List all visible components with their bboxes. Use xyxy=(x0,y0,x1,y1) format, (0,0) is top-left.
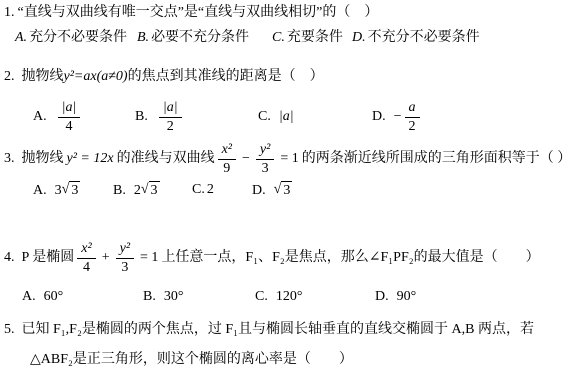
question-stem-text: 上任意一点，F₁、F₂是焦点，那么∠F₁PF₂的最大值是（ ） xyxy=(161,249,539,267)
question-stem-text: 的焦点到其准线的距离是（ ） xyxy=(128,68,324,86)
option-label: A. xyxy=(33,182,47,200)
question-stem-text: 已知 F₁,F₂是椭圆的两个焦点，过 F₁且与椭圆长轴垂直的直线交椭圆于 A,B… xyxy=(22,322,534,337)
fraction-denominator: 2 xyxy=(159,118,182,136)
sqrt-radicand: 3 xyxy=(281,181,292,200)
coefficient: 2 xyxy=(134,182,141,200)
q1-option-d: D. 不充分不必要条件 xyxy=(352,29,480,47)
option-text: 60° xyxy=(44,288,64,306)
question-number: 4. xyxy=(4,249,15,267)
question-stem-text: △ABF₂是正三角形，则这个椭圆的离心率是（ ） xyxy=(30,352,353,367)
q2-option-c: C. |a| xyxy=(258,97,294,137)
question-number: 2. xyxy=(4,68,15,86)
fraction-denominator: 2 xyxy=(405,118,420,136)
q3-option-a: A. 3 √3 xyxy=(33,181,80,200)
question-stem-text: P 是椭圆 xyxy=(22,249,75,267)
fraction-denominator: 4 xyxy=(77,259,95,277)
fraction-numerator: y² xyxy=(256,141,274,160)
option-label: A. xyxy=(15,29,27,47)
fraction-denominator: 3 xyxy=(116,259,134,277)
question-number: 5. xyxy=(4,322,15,337)
fraction-numerator: a xyxy=(405,99,420,118)
sqrt-sign: √ xyxy=(62,181,70,199)
minus-sign: − xyxy=(242,150,250,168)
sqrt-radical: √3 xyxy=(141,181,160,200)
fraction: y²3 xyxy=(256,141,274,177)
exam-document: 1.“直线与双曲线有唯一交点”是“直线与双曲线相切”的（ ） A. 充分不必要条… xyxy=(0,0,567,380)
option-text: 90° xyxy=(397,288,417,306)
q2-option-a: A. |a|4 xyxy=(33,97,83,137)
question-number: 3. xyxy=(4,150,15,168)
fraction-denominator: 3 xyxy=(256,160,274,178)
question-1-stem: 1.“直线与双曲线有唯一交点”是“直线与双曲线相切”的（ ） xyxy=(4,4,378,22)
fraction-numerator: |a| xyxy=(58,99,81,118)
fraction-numerator: x² xyxy=(77,240,95,259)
option-label: C. xyxy=(192,181,205,199)
fraction: y²3 xyxy=(116,240,134,276)
option-text: 必要不充分条件 xyxy=(151,29,249,47)
fraction-numerator: x² xyxy=(218,141,236,160)
option-label: B. xyxy=(113,182,126,200)
math-expression: y²=ax xyxy=(64,68,97,86)
fraction-denominator: 4 xyxy=(58,118,81,136)
fraction: |a|2 xyxy=(159,99,182,135)
sqrt-radical: √3 xyxy=(274,181,293,200)
q2-option-d: D. − a2 xyxy=(372,97,423,137)
question-4-stem: 4. P 是椭圆 x²4 + y²3 = 1 上任意一点，F₁、F₂是焦点，那么… xyxy=(4,236,540,280)
fraction-numerator: y² xyxy=(116,240,134,259)
q3-option-d: D. √3 xyxy=(252,181,292,200)
option-text: 充分不必要条件 xyxy=(29,29,127,47)
question-stem-text: 的两条渐近线所围成的三角形面积等于（ ） xyxy=(302,150,567,168)
option-label: C. xyxy=(258,108,271,126)
option-label: B. xyxy=(143,288,156,306)
sqrt-radicand: 3 xyxy=(149,181,160,200)
q2-option-b: B. |a|2 xyxy=(135,97,185,137)
fraction-denominator: 9 xyxy=(218,160,236,178)
plus-sign: + xyxy=(102,249,110,267)
question-stem-text: 抛物线 xyxy=(22,150,64,168)
option-label: C. xyxy=(272,29,285,47)
option-text: 2 xyxy=(207,181,214,199)
sqrt-sign: √ xyxy=(141,181,149,199)
option-text: 120° xyxy=(276,288,303,306)
option-label: C. xyxy=(255,288,268,306)
sqrt-radical: √3 xyxy=(62,181,81,200)
math-expression: y² = 12x xyxy=(67,150,114,168)
option-label: B. xyxy=(137,29,149,47)
coefficient: 3 xyxy=(55,182,62,200)
math-expression: (a≠0) xyxy=(97,68,128,86)
question-1-options: A. 充分不必要条件 B. 必要不充分条件 C. 充要条件 D. 不充分不必要条… xyxy=(0,29,567,49)
minus-sign: − xyxy=(394,108,402,126)
fraction: x²4 xyxy=(77,240,95,276)
sqrt-radicand: 3 xyxy=(69,181,80,200)
question-stem-text: “直线与双曲线有唯一交点”是“直线与双曲线相切”的（ ） xyxy=(18,5,379,20)
option-text: 充要条件 xyxy=(287,29,343,47)
fraction: x²9 xyxy=(218,141,236,177)
q4-option-b: B. 30° xyxy=(143,288,183,306)
q3-option-c: C. 2 xyxy=(192,181,214,199)
q1-option-b: B. 必要不充分条件 xyxy=(137,29,249,47)
sqrt-sign: √ xyxy=(274,181,282,199)
question-5-stem-line2: △ABF₂是正三角形，则这个椭圆的离心率是（ ） xyxy=(30,351,353,369)
q4-option-a: A. 60° xyxy=(22,288,63,306)
q3-option-b: B. 2 √3 xyxy=(113,181,160,200)
q1-option-c: C. 充要条件 xyxy=(272,29,343,47)
question-stem-text: 的准线与双曲线 xyxy=(117,150,215,168)
option-label: B. xyxy=(135,108,148,126)
q1-option-a: A. 充分不必要条件 xyxy=(15,29,127,47)
option-label: D. xyxy=(375,288,389,306)
question-stem-text: 抛物线 xyxy=(22,68,64,86)
question-4-options: A. 60° B. 30° C. 120° D. 90° xyxy=(0,288,567,308)
fraction-numerator: |a| xyxy=(159,99,182,118)
q4-option-d: D. 90° xyxy=(375,288,416,306)
question-2-stem: 2. 抛物线 y²=ax (a≠0) 的焦点到其准线的距离是（ ） xyxy=(4,68,324,86)
question-5-stem-line1: 5.已知 F₁,F₂是椭圆的两个焦点，过 F₁且与椭圆长轴垂直的直线交椭圆于 A… xyxy=(4,321,534,339)
question-3-options: A. 3 √3 B. 2 √3 C. 2 D. √3 xyxy=(0,181,567,205)
fraction: |a|4 xyxy=(58,99,81,135)
option-label: D. xyxy=(372,108,386,126)
option-text: 不充分不必要条件 xyxy=(368,29,480,47)
question-2-options: A. |a|4 B. |a|2 C. |a| D. − a2 xyxy=(0,97,567,137)
math-expression: = 1 xyxy=(280,150,298,168)
option-label: D. xyxy=(252,182,266,200)
option-label: A. xyxy=(33,108,47,126)
question-3-stem: 3. 抛物线 y² = 12x 的准线与双曲线 x²9 − y²3 = 1 的两… xyxy=(4,138,567,180)
question-number: 1. xyxy=(4,5,15,20)
math-expression: = 1 xyxy=(140,249,158,267)
option-text: 30° xyxy=(164,288,184,306)
option-label: D. xyxy=(352,29,366,47)
fraction: a2 xyxy=(405,99,420,135)
q4-option-c: C. 120° xyxy=(255,288,302,306)
option-label: A. xyxy=(22,288,36,306)
option-text: |a| xyxy=(279,108,294,126)
